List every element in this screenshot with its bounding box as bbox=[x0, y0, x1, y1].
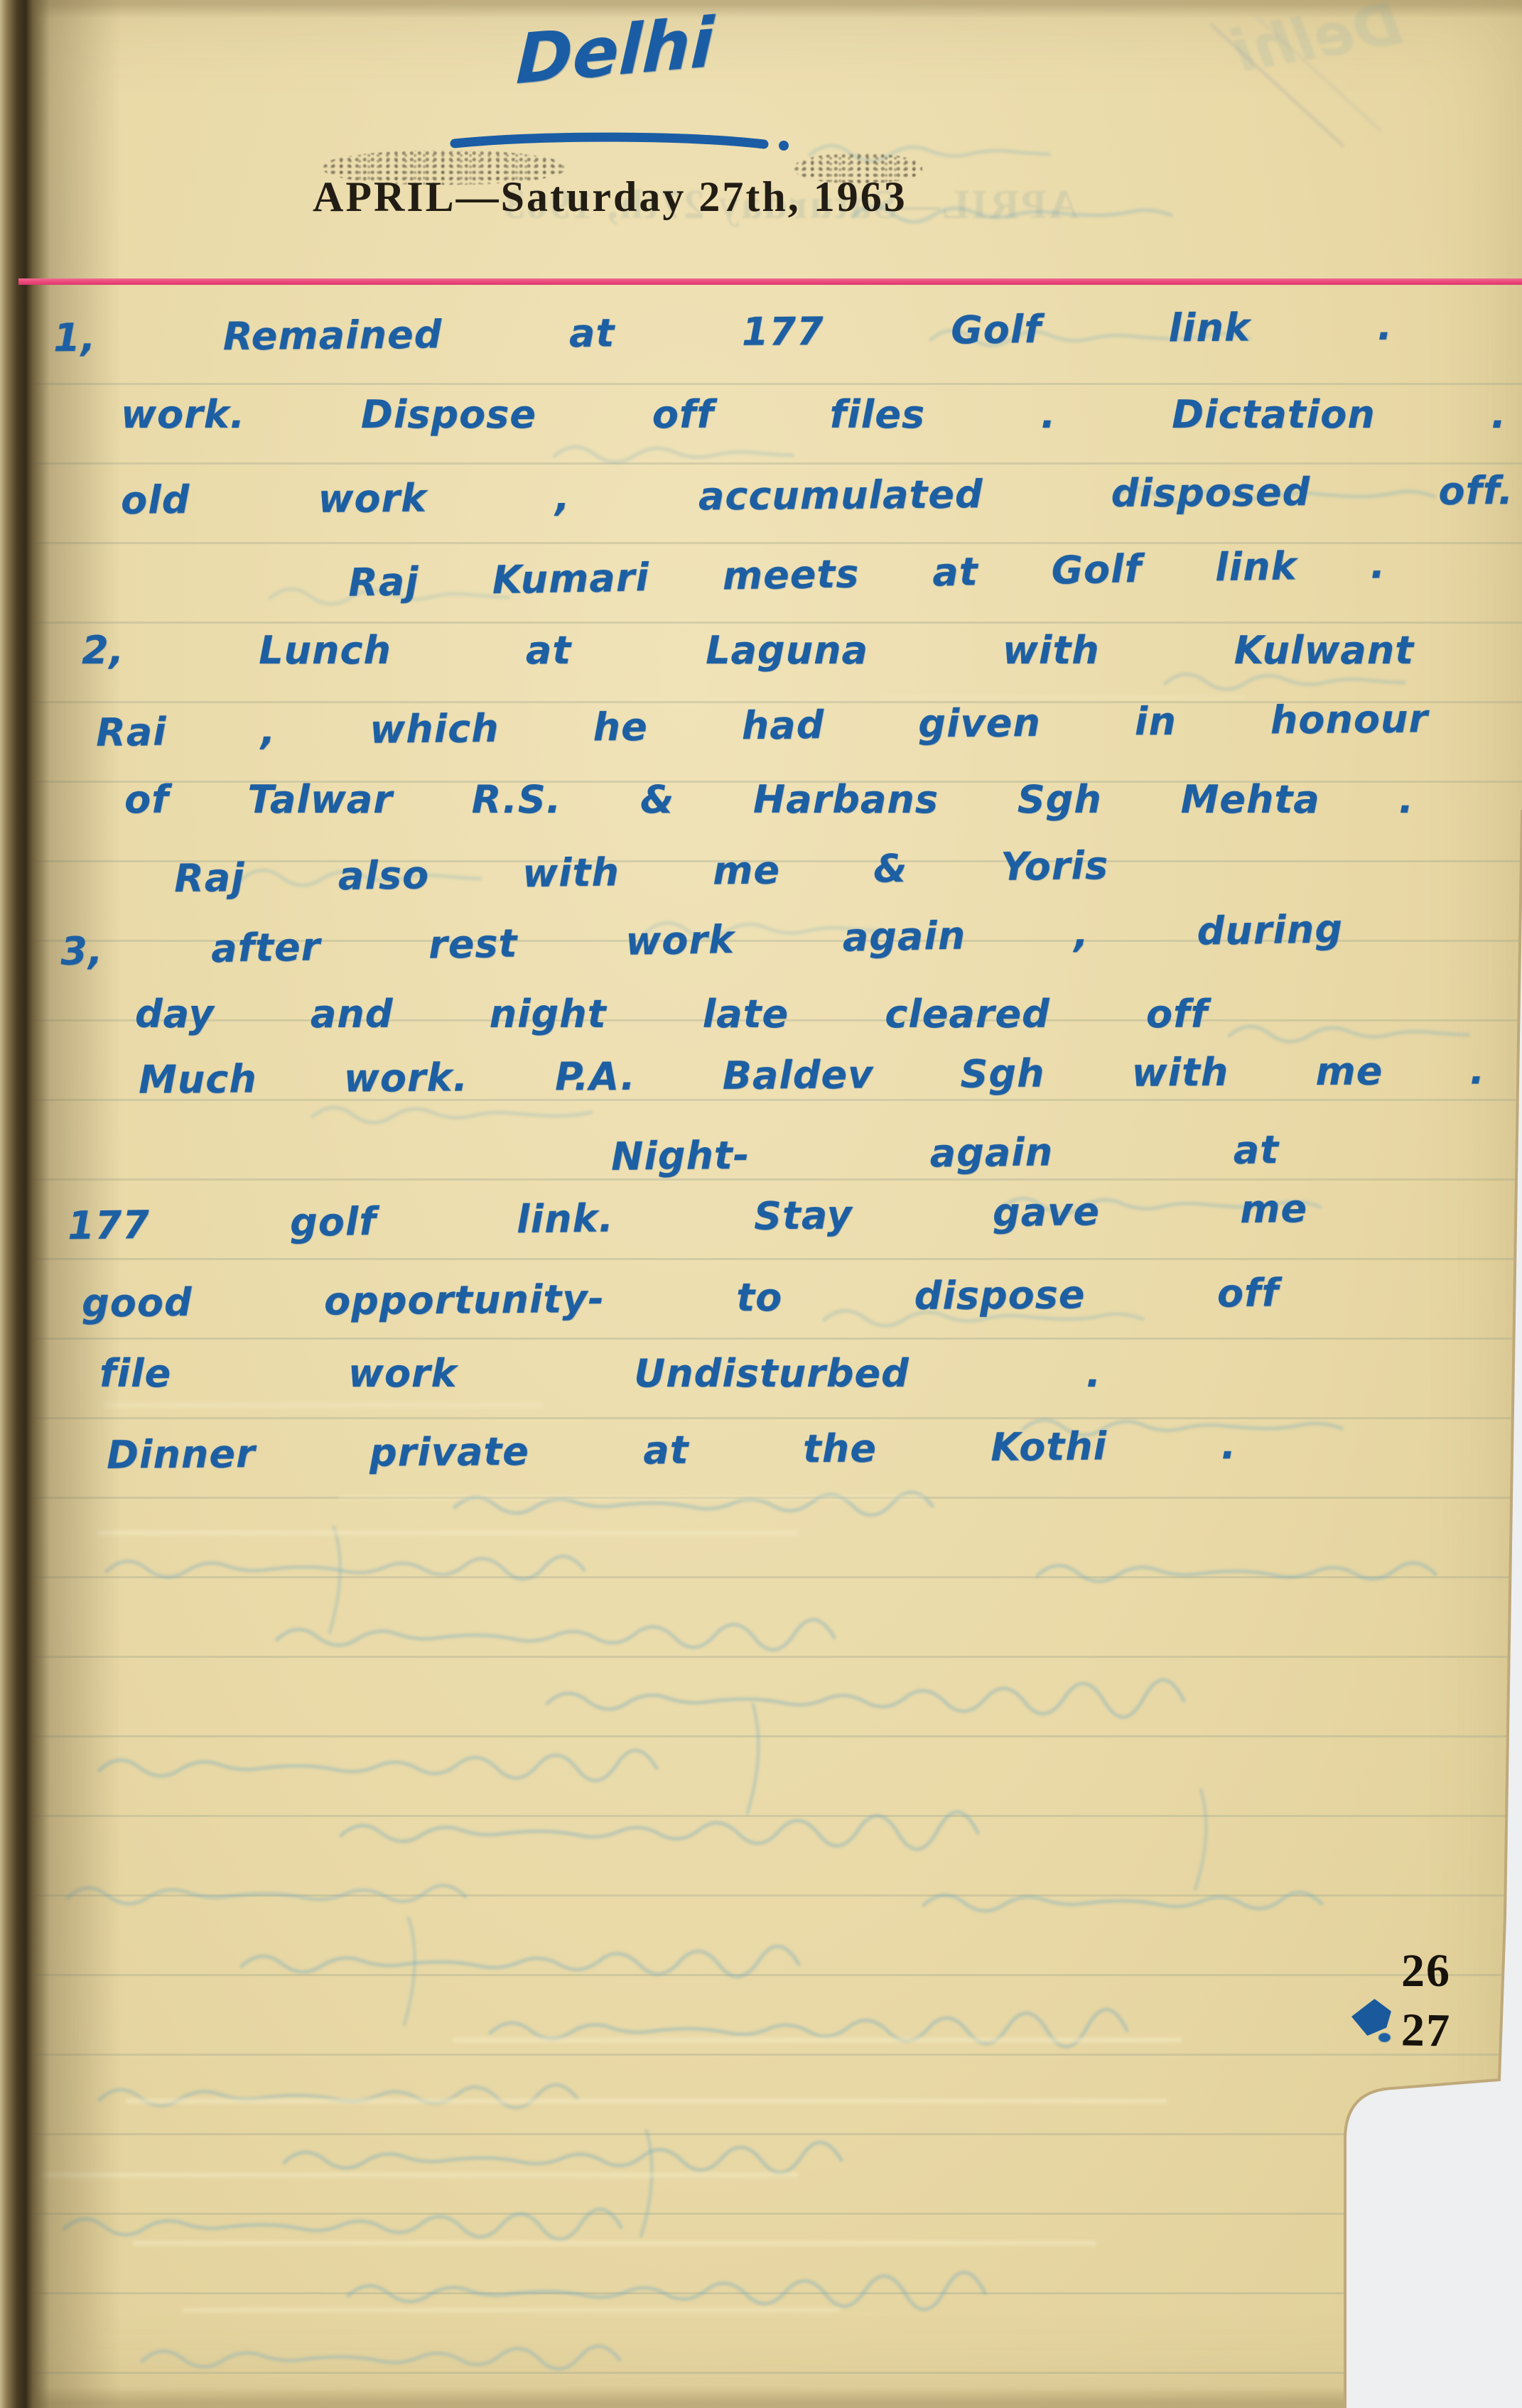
backdrop-under-page bbox=[1345, 810, 1522, 2408]
scanned-diary-page: Delhi Delhi APRIL—Saturday 27th, 1963 AP… bbox=[0, 0, 1522, 2408]
scanner-backdrop bbox=[0, 0, 1522, 2408]
